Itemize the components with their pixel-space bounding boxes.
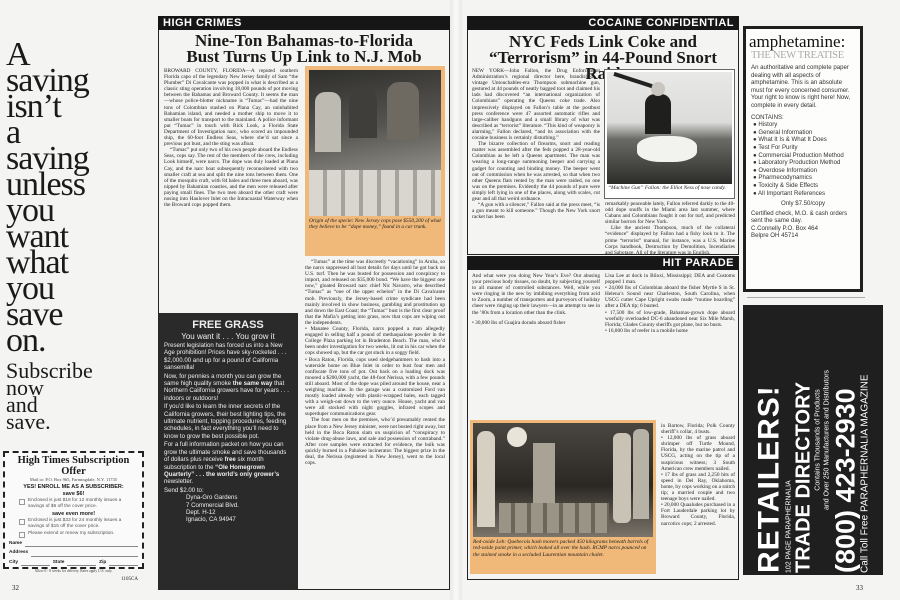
bust-item: • 17 lbs of grass and 2,250 hits of spee… — [661, 472, 735, 502]
bust-item: • 16,000 lbs of reefer in a mobile home — [605, 328, 735, 334]
contents-list: ● History ● General Information ● What I… — [753, 121, 855, 197]
list-item: ● Overdose Information — [753, 167, 855, 175]
name-field[interactable]: Name — [9, 541, 138, 548]
photo-caption: “Machine Gun” Fallon: the Elliot Ness of… — [608, 185, 733, 191]
retailers-ad-content: RETAILERS! 102 PAGE PARAPHERNALIA TRADE … — [755, 307, 872, 573]
phone-number[interactable]: (800) 423-2930 — [832, 307, 860, 573]
subhead-line: save. — [6, 413, 146, 430]
spread-gutter — [450, 0, 462, 600]
field-label: City — [9, 560, 18, 567]
field-label: Zip — [99, 560, 106, 567]
zip-input[interactable] — [109, 560, 138, 567]
item-label: History — [758, 121, 777, 128]
coupon-save-2: save even more! — [9, 511, 138, 518]
field-label: State — [53, 560, 65, 567]
contains-label: CONTAINS: — [751, 114, 855, 122]
ad-title: amphetamine: — [749, 33, 855, 50]
list-item: ● General Information — [753, 129, 855, 137]
paragraph: The bizarre collection of firearms, snor… — [472, 141, 600, 202]
field-label: Address — [9, 550, 28, 557]
address-line: Belpre OH 45714 — [751, 232, 855, 240]
address-field[interactable]: Address — [9, 550, 138, 557]
high-crimes-photo-frame: Origin of the specie: New Jersey cops po… — [305, 66, 445, 256]
coupon-fine-print: Allow 6 - 8 weeks for delivery. Rates ap… — [9, 568, 138, 575]
checkbox[interactable] — [19, 532, 25, 538]
checkbox[interactable] — [19, 519, 25, 525]
coupon-option-renew[interactable]: Please extend or renew my subscription. — [19, 531, 138, 538]
photo-caption: Red-oxide Leb: Quebecois hash movers pac… — [473, 537, 653, 558]
ad-line: Call Toll Free PARAPHERNALIA MAGAZINE — [860, 307, 872, 573]
order-info: Certified check, M.O. & cash orders sent… — [751, 210, 855, 225]
fallon-machine-gun-photo — [607, 72, 732, 184]
item-label: All Important References — [758, 190, 825, 197]
bust-item: • 12,000 lbs of grass aboard shrimper of… — [661, 435, 735, 472]
paragraph: remarkably peaceable lately, Fallon refe… — [605, 201, 735, 225]
list-item: ● Test For Purity — [753, 144, 855, 152]
subscribe-now-text: Subscribe now and save. — [6, 362, 146, 430]
paragraph: The four men on the premises, who’d pres… — [305, 417, 445, 466]
bust-item: • 20,000 Quaaludes purchased in a Fort L… — [661, 502, 735, 526]
high-crimes-headline: Nine-Ton Bahamas-to-Florida Bust Turns U… — [162, 33, 446, 65]
paragraph: • Manatee County, Florida, narcs popped … — [305, 326, 445, 356]
ad-subtitle: THE NEW TREATISE — [751, 50, 855, 62]
coupon-save-1: save $6! — [9, 491, 138, 498]
divider — [747, 297, 865, 298]
high-crimes-column-1: BROWARD COUNTY, FLORIDA—A reputed southe… — [164, 68, 298, 208]
free-grass-ad: FREE GRASS You want it . . . You grow it… — [158, 313, 298, 590]
paragraph: BROWARD COUNTY, FLORIDA—A reputed southe… — [164, 68, 298, 147]
item-label: Pharmecodynamics — [758, 174, 812, 181]
list-item: ● Commercial Production Method — [753, 152, 855, 160]
item-label: Toxicity & Side Effects — [758, 182, 818, 189]
state-input[interactable] — [67, 560, 96, 567]
cocaine-column-1: NEW YORK—John Fallon, the Drug Enforceme… — [472, 68, 600, 220]
paragraph: “Tumac” at the time was discreetly “vaca… — [305, 259, 445, 326]
ad-title: FREE GRASS — [164, 319, 292, 332]
item-label: Laboratory Production Method — [758, 159, 840, 166]
bust-item: in Bartow, Florida; Polk County sheriff’… — [661, 423, 735, 435]
paragraph: NEW YORK—John Fallon, the Drug Enforceme… — [472, 68, 600, 141]
hash-barrels-photo — [473, 423, 653, 537]
cops-money-photo — [309, 70, 441, 216]
ad-tagline: You want it . . . You grow it — [164, 332, 292, 342]
list-item: ● Pharmecodynamics — [753, 174, 855, 182]
section-title: HIGH CRIMES — [158, 16, 450, 30]
coupon-option-24-issues[interactable]: Enclosed is just $33 for 24 monthly issu… — [19, 518, 138, 531]
section-title: COCAINE CONFIDENTIAL — [467, 16, 739, 30]
retailers-ad: RETAILERS! 102 PAGE PARAPHERNALIA TRADE … — [743, 305, 883, 575]
photo-caption: Origin of the specie: New Jersey cops po… — [309, 216, 441, 231]
headline-line: Bust Turns Up Link to N.J. Mob — [162, 49, 446, 65]
ad-intro: An authoritative and complete paper deal… — [751, 64, 855, 110]
paragraph: Now, for pennies a month you can grow th… — [164, 373, 292, 403]
address-line: C.Connelly P.O. Box 464 — [751, 225, 855, 233]
hit-parade-section-bar: HIT PARADE — [467, 256, 739, 270]
ad-price: Only $7.50/copy — [751, 200, 855, 208]
fallon-photo-frame: “Machine Gun” Fallon: the Elliot Ness of… — [604, 69, 735, 199]
headline-line: on. — [6, 328, 146, 354]
cocaine-column-2: remarkably peaceable lately, Fallon refe… — [605, 201, 735, 256]
ad-line: Contains Thousands of Products — [815, 307, 823, 573]
checkbox[interactable] — [19, 499, 25, 505]
emphasis: the same way — [233, 380, 273, 387]
high-crimes-column-2: “Tumac” at the time was discreetly “vaca… — [305, 259, 445, 466]
address-line: Dept. H-12 — [186, 509, 292, 516]
city-input[interactable] — [21, 560, 50, 567]
option-label: Enclosed is just $18 for 12 monthly issu… — [28, 498, 138, 511]
coupon-title: High Times Subscription Offer — [9, 455, 138, 477]
paragraph: For a full information packet on how you… — [164, 441, 292, 485]
list-item: ● Toxicity & Side Effects — [753, 182, 855, 190]
item-label: General Information — [758, 129, 812, 136]
coupon-enroll: YES! ENROLL ME AS A SUBSCRIBER: — [9, 484, 138, 491]
coupon-option-12-issues[interactable]: Enclosed is just $18 for 12 monthly issu… — [19, 498, 138, 511]
paragraph: “A gun with a silencer,” Fallon said at … — [472, 202, 600, 220]
hit-parade-narrow-column: in Bartow, Florida; Polk County sheriff’… — [661, 423, 735, 527]
list-item: ● All Important References — [753, 190, 855, 198]
address-line: Dyna-Gro Gardens — [186, 494, 292, 501]
field-label: Name — [9, 541, 22, 548]
hash-photo-frame: Red-oxide Leb: Quebecois hash movers pac… — [470, 420, 656, 574]
name-input[interactable] — [25, 541, 138, 548]
cocaine-confidential-section-bar: COCAINE CONFIDENTIAL — [467, 16, 739, 30]
paragraph: “Tumac” put only two of his own people a… — [164, 147, 298, 208]
ad-title: RETAILERS! — [755, 307, 785, 573]
item-label: Overdose Information — [758, 167, 817, 174]
list-item: ● History — [753, 121, 855, 129]
paragraph: And what were you doing New Year’s Eve? … — [472, 273, 600, 316]
ad-line: TRADE DIRECTORY — [794, 307, 815, 573]
text: newsletter. — [164, 478, 193, 485]
paragraph: Present legislation has forced us into a… — [164, 342, 292, 372]
bust-item: • 30,000 lbs of Guajira dorado aboard fi… — [472, 320, 600, 326]
option-label: Enclosed is just $33 for 24 monthly issu… — [28, 518, 138, 531]
bust-item: • 17,500 lbs of low-grade, Bahamas-grown… — [605, 310, 735, 328]
address-input[interactable] — [31, 550, 138, 557]
paragraph: Like the ancient Thompson, much of the c… — [605, 225, 735, 255]
subscription-coupon[interactable]: High Times Subscription Offer Mail to: P… — [3, 451, 144, 569]
paragraph: If you’d like to learn the inner secrets… — [164, 403, 292, 440]
item-label: Test For Purity — [758, 144, 797, 151]
bust-item: • 24,000 lbs of Colombian aboard the fis… — [605, 285, 735, 309]
option-label: Please extend or renew my subscription. — [28, 531, 114, 538]
item-label: Commercial Production Method — [758, 152, 843, 159]
address-line: Ignacio, CA 94947 — [186, 516, 292, 523]
send-line: Send $2.00 to: — [164, 487, 292, 494]
list-item: ● What It Is & What It Does — [753, 136, 855, 144]
emphasis: free — [225, 456, 236, 463]
page-number-left: 32 — [12, 584, 19, 592]
list-item: ● Laboratory Production Method — [753, 159, 855, 167]
city-state-zip-field[interactable]: City State Zip — [9, 560, 138, 567]
high-crimes-section-bar: HIGH CRIMES — [158, 16, 450, 30]
coupon-code: 1105CA — [9, 577, 138, 584]
amphetamine-ad: amphetamine: THE NEW TREATISE An authori… — [743, 26, 863, 292]
emphasis: . . . the world’s only grower’s — [194, 471, 279, 478]
paragraph: • Boca Raton, Florida, cops used sledgeh… — [305, 357, 445, 418]
address-line: 7 Commercial Blvd. — [186, 502, 292, 509]
item-label: What It Is & What It Does — [758, 136, 826, 143]
section-title: HIT PARADE — [467, 256, 739, 270]
bust-item: Lisa Lee at dock in Biloxi, Mississippi;… — [605, 273, 735, 285]
subscription-ad-headline: A saving isn’t a saving unless you want … — [6, 42, 146, 354]
page-number-right: 33 — [856, 584, 863, 592]
hit-parade-column-1: And what were you doing New Year’s Eve? … — [472, 273, 600, 326]
mailing-address: Dyna-Gro Gardens 7 Commercial Blvd. Dept… — [186, 494, 292, 524]
hit-parade-column-2: Lisa Lee at dock in Biloxi, Mississippi;… — [605, 273, 735, 334]
